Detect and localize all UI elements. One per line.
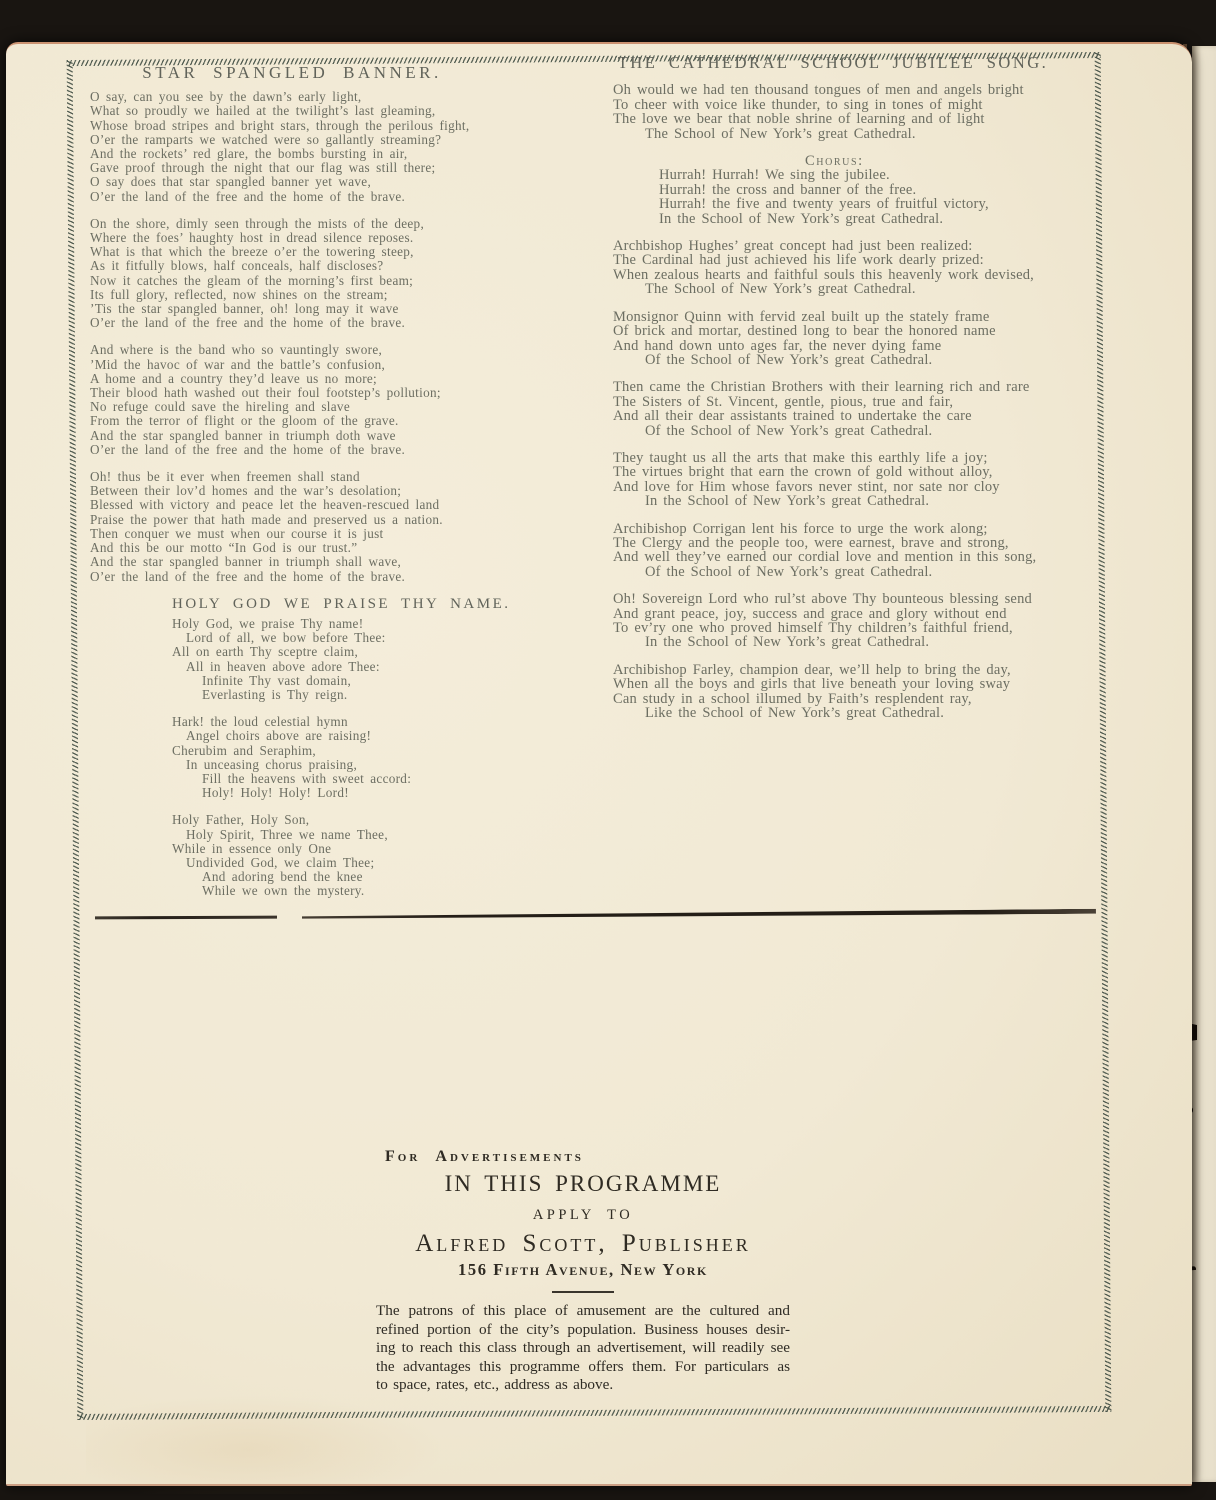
programme-page: STAR SPANGLED BANNER. O say, can you see… — [6, 42, 1192, 1486]
photo-background: STAR SPANGLED BANNER. O say, can you see… — [0, 0, 1216, 1500]
stanza: Chorus: Hurrah! Hurrah! We sing the jubi… — [613, 154, 1123, 226]
advertisement: For Advertisements IN THIS PROGRAMME APP… — [348, 1148, 818, 1395]
song-holy-god: HOLY GOD WE PRAISE THY NAME. Holy God, w… — [172, 597, 606, 899]
lyric-line: Oh! thus be it ever when freemen shall s… — [90, 470, 606, 484]
lyric-line: Archibishop Farley, champion dear, we’ll… — [613, 663, 1123, 677]
column-left: STAR SPANGLED BANNER. O say, can you see… — [90, 66, 606, 912]
ad-divider-rule — [552, 1291, 614, 1293]
lyric-line: While in essence only One — [172, 842, 606, 856]
hatched-border-left — [67, 60, 84, 1420]
stanza: On the shore, dimly seen through the mis… — [90, 217, 606, 331]
lyric-line: Now it catches the gleam of the morning’… — [90, 274, 606, 288]
lyric-line: Then came the Christian Brothers with th… — [613, 380, 1123, 394]
lyric-line: What is that which the breeze o’er the t… — [90, 245, 606, 259]
ad-paragraph: The patrons of this place of amusement a… — [376, 1302, 790, 1395]
lyric-line: The love we bear that noble shrine of le… — [613, 112, 1123, 126]
lyric-line: Holy! Holy! Holy! Lord! — [202, 786, 606, 800]
lyric-line: Oh would we had ten thousand tongues of … — [613, 83, 1123, 97]
line-list: Holy God, we praise Thy name! Lord of al… — [172, 617, 606, 702]
ad-paragraph-line: The patrons of this place of amusement a… — [376, 1302, 790, 1321]
stanza: Oh! thus be it ever when freemen shall s… — [90, 470, 606, 584]
lyric-line: And well they’ve earned our cordial love… — [613, 550, 1123, 564]
lyric-line: Cherubim and Seraphim, — [172, 744, 606, 758]
lyric-line: O’er the land of the free and the home o… — [90, 443, 606, 457]
lyric-line: O’er the land of the free and the home o… — [90, 190, 606, 204]
line-list: And where is the band who so vauntingly … — [90, 343, 606, 457]
stanza: Then came the Christian Brothers with th… — [613, 380, 1123, 438]
line-list: Oh would we had ten thousand tongues of … — [613, 83, 1123, 141]
line-list: Holy Father, Holy Son, Holy Spirit, Thre… — [172, 813, 606, 898]
lyric-line: In unceasing chorus praising, — [186, 758, 606, 772]
stanza: They taught us all the arts that make th… — [613, 451, 1123, 509]
lyric-line: Oh! Sovereign Lord who rul’st above Thy … — [613, 592, 1123, 606]
lyric-line: And this be our motto “In God is our tru… — [90, 541, 606, 555]
lyric-line: The Cardinal had just achieved his life … — [613, 253, 1123, 267]
stanza: Oh would we had ten thousand tongues of … — [613, 83, 1123, 141]
lyric-line: Everlasting is Thy reign. — [202, 688, 606, 702]
line-list: They taught us all the arts that make th… — [613, 451, 1123, 509]
lyric-line: And hand down unto ages far, the never d… — [613, 339, 1123, 353]
ad-publisher-line: Alfred Scott, Publisher — [348, 1230, 818, 1258]
lyric-line: And adoring bend the knee — [202, 870, 606, 884]
lyric-line: As it fitfully blows, half conceals, hal… — [90, 259, 606, 273]
lyric-line: Lord of all, we bow before Thee: — [186, 631, 606, 645]
lyric-line: All in heaven above adore Thee: — [186, 660, 606, 674]
line-list: Oh! thus be it ever when freemen shall s… — [90, 470, 606, 584]
stanza: Oh! Sovereign Lord who rul’st above Thy … — [613, 592, 1123, 650]
lyric-line: All on earth Thy sceptre claim, — [172, 645, 606, 659]
lyric-line: The School of New York’s great Cathedral… — [645, 127, 1123, 141]
stanza: Archbishop Hughes’ great concept had jus… — [613, 239, 1123, 297]
lyric-line: Angel choirs above are raising! — [186, 729, 606, 743]
lyric-line: The Sisters of St. Vincent, gentle, piou… — [613, 395, 1123, 409]
stanza: Archibishop Farley, champion dear, we’ll… — [613, 663, 1123, 721]
ad-apply-line: APPLY TO — [348, 1207, 818, 1224]
lyric-line: Hurrah! Hurrah! We sing the jubilee. — [659, 168, 1123, 182]
song-title: THE CATHEDRAL SCHOOL JUBILEE SONG. — [613, 56, 1123, 70]
line-list: Archibishop Corrigan lent his force to u… — [613, 522, 1123, 580]
lyric-line: In the School of New York’s great Cathed… — [659, 212, 1123, 226]
song-cathedral-jubilee: THE CATHEDRAL SCHOOL JUBILEE SONG. Oh wo… — [613, 56, 1123, 720]
stanza: Holy Father, Holy Son, Holy Spirit, Thre… — [172, 813, 606, 898]
lyric-line: O say, can you see by the dawn’s early l… — [90, 90, 606, 104]
lyric-line: Whose broad stripes and bright stars, th… — [90, 119, 606, 133]
lyric-line: When zealous hearts and faithful souls t… — [613, 268, 1123, 282]
paper-stain — [86, 1394, 446, 1494]
lyric-line: And the rockets’ red glare, the bombs bu… — [90, 147, 606, 161]
lyric-line: Hurrah! the five and twenty years of fru… — [659, 197, 1123, 211]
lyric-line: Archibishop Corrigan lent his force to u… — [613, 522, 1123, 536]
lyric-line: Of the School of New York’s great Cathed… — [645, 424, 1123, 438]
lyric-line: Of brick and mortar, destined long to be… — [613, 324, 1123, 338]
column-right: THE CATHEDRAL SCHOOL JUBILEE SONG. Oh wo… — [613, 56, 1123, 733]
lyric-line: And where is the band who so vauntingly … — [90, 343, 606, 357]
lyric-line: From the terror of flight or the gloom o… — [90, 414, 606, 428]
lyric-line: ’Mid the havoc of war and the battle’s c… — [90, 358, 606, 372]
lyric-line: When all the boys and girls that live be… — [613, 677, 1123, 691]
stanza: O say, can you see by the dawn’s early l… — [90, 90, 606, 204]
line-list: Archibishop Farley, champion dear, we’ll… — [613, 663, 1123, 721]
stanza-list: O say, can you see by the dawn’s early l… — [90, 90, 606, 584]
song-title: STAR SPANGLED BANNER. — [90, 66, 606, 80]
stanza: Holy God, we praise Thy name! Lord of al… — [172, 617, 606, 702]
lyric-line: Blessed with victory and peace let the h… — [90, 498, 606, 512]
stanza: Archibishop Corrigan lent his force to u… — [613, 522, 1123, 580]
line-list: Then came the Christian Brothers with th… — [613, 380, 1123, 438]
line-list: Hurrah! Hurrah! We sing the jubilee. Hur… — [613, 168, 1123, 226]
ad-programme-line: IN THIS PROGRAMME — [348, 1171, 818, 1197]
lyric-line: The School of New York’s great Cathedral… — [645, 282, 1123, 296]
lyric-line: Of the School of New York’s great Cathed… — [645, 565, 1123, 579]
song-star-spangled-banner: STAR SPANGLED BANNER. O say, can you see… — [90, 66, 606, 584]
lyric-line: And all their dear assistants trained to… — [613, 409, 1123, 423]
lyric-line: Of the School of New York’s great Cathed… — [645, 353, 1123, 367]
line-list: O say, can you see by the dawn’s early l… — [90, 90, 606, 204]
lyric-line: A home and a country they’d leave us no … — [90, 372, 606, 386]
lyric-line: O’er the land of the free and the home o… — [90, 316, 606, 330]
ad-paragraph-line: ing to reach this class through an adver… — [376, 1339, 790, 1358]
lyric-line: The Clergy and the people too, were earn… — [613, 536, 1123, 550]
lyric-line: O say does that star spangled banner yet… — [90, 175, 606, 189]
line-list: Monsignor Quinn with fervid zeal built u… — [613, 310, 1123, 368]
lyric-line: What so proudly we hailed at the twiligh… — [90, 104, 606, 118]
line-list: On the shore, dimly seen through the mis… — [90, 217, 606, 331]
lyric-line: They taught us all the arts that make th… — [613, 451, 1123, 465]
line-list: Oh! Sovereign Lord who rul’st above Thy … — [613, 592, 1123, 650]
lyric-line: Gave proof through the night that our fl… — [90, 161, 606, 175]
lyric-line: Fill the heavens with sweet accord: — [202, 772, 606, 786]
lyric-line: O’er the ramparts we watched were so gal… — [90, 133, 606, 147]
lyric-line: Holy Father, Holy Son, — [172, 813, 606, 827]
lyric-line: To cheer with voice like thunder, to sin… — [613, 98, 1123, 112]
lyric-line: And the star spangled banner in triumph … — [90, 429, 606, 443]
lyric-line: ’Tis the star spangled banner, oh! long … — [90, 302, 606, 316]
stanza: Monsignor Quinn with fervid zeal built u… — [613, 310, 1123, 368]
lyric-line: To ev’ry one who proved himself Thy chil… — [613, 621, 1123, 635]
line-list: Hark! the loud celestial hymn Angel choi… — [172, 715, 606, 800]
lyric-line: Where the foes’ haughty host in dread si… — [90, 231, 606, 245]
lyric-line: No refuge could save the hireling and sl… — [90, 400, 606, 414]
lyric-line: In the School of New York’s great Cathed… — [645, 494, 1123, 508]
lyric-line: Can study in a school illumed by Faith’s… — [613, 692, 1123, 706]
lyric-line: Praise the power that hath made and pres… — [90, 513, 606, 527]
lyric-line: The virtues bright that earn the crown o… — [613, 465, 1123, 479]
lyric-line: Monsignor Quinn with fervid zeal built u… — [613, 310, 1123, 324]
lyric-line: Holy Spirit, Three we name Thee, — [186, 828, 606, 842]
ad-paragraph-line: to space, rates, etc., address as above. — [376, 1376, 790, 1395]
lyric-line: Hurrah! the cross and banner of the free… — [659, 183, 1123, 197]
ad-paragraph-line: the advantages this programme offers the… — [376, 1358, 790, 1377]
stanza-list: Oh would we had ten thousand tongues of … — [613, 83, 1123, 720]
lyric-line: And the star spangled banner in triumph … — [90, 555, 606, 569]
stanza-list: Holy God, we praise Thy name! Lord of al… — [172, 617, 606, 899]
ad-paragraph-line: refined portion of the city’s population… — [376, 1321, 790, 1340]
line-list: Archbishop Hughes’ great concept had jus… — [613, 239, 1123, 297]
lyric-line: And grant peace, joy, success and grace … — [613, 607, 1123, 621]
ad-address-line: 156 Fifth Avenue, New York — [348, 1260, 818, 1280]
lyric-line: And love for Him whose favors never stin… — [613, 480, 1123, 494]
lyric-line: On the shore, dimly seen through the mis… — [90, 217, 606, 231]
lyric-line: In the School of New York’s great Cathed… — [645, 635, 1123, 649]
lyric-line: Undivided God, we claim Thee; — [186, 856, 606, 870]
lyric-line: Its full glory, reflected, now shines on… — [90, 288, 606, 302]
stanza: Hark! the loud celestial hymn Angel choi… — [172, 715, 606, 800]
stanza: And where is the band who so vauntingly … — [90, 343, 606, 457]
lyric-line: Their blood hath washed out their foul f… — [90, 386, 606, 400]
lyric-line: Like the School of New York’s great Cath… — [645, 706, 1123, 720]
lyric-line: Infinite Thy vast domain, — [202, 674, 606, 688]
lyric-line: Archbishop Hughes’ great concept had jus… — [613, 239, 1123, 253]
lyric-line: While we own the mystery. — [202, 884, 606, 898]
chorus-heading: Chorus: — [805, 154, 1123, 168]
ad-kicker-line: For Advertisements — [348, 1148, 818, 1166]
lyric-line: Between their lov’d homes and the war’s … — [90, 484, 606, 498]
lyric-line: Holy God, we praise Thy name! — [172, 617, 606, 631]
song-title: HOLY GOD WE PRAISE THY NAME. — [172, 597, 606, 611]
lyric-line: Then conquer we must when our course it … — [90, 527, 606, 541]
lyric-line: O’er the land of the free and the home o… — [90, 570, 606, 584]
lyric-line: Hark! the loud celestial hymn — [172, 715, 606, 729]
